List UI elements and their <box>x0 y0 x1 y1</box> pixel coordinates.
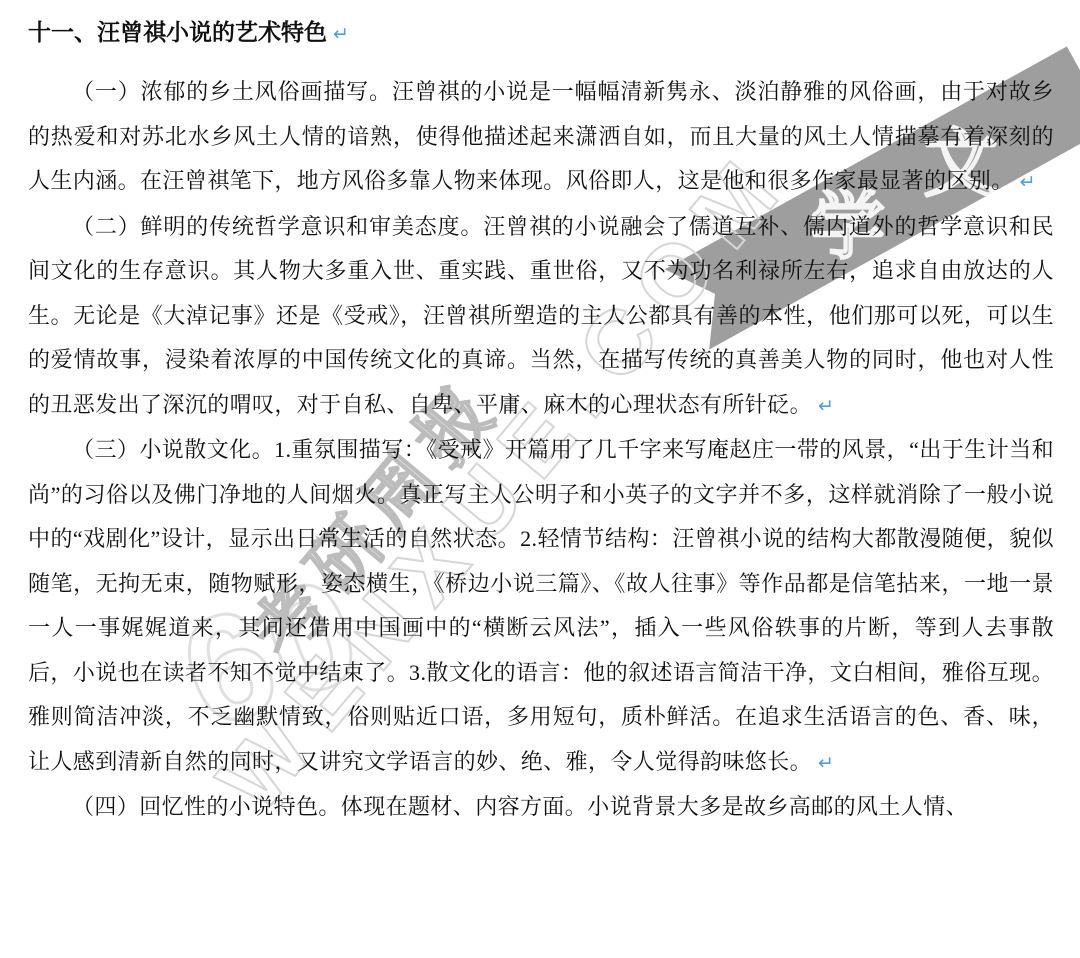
paragraph-mark-icon: ↵ <box>1020 171 1036 193</box>
paragraph-4-text: （四）回忆性的小说特色。体现在题材、内容方面。小说背景大多是故乡高邮的风土人情、 <box>72 794 968 819</box>
document-page: 学 文 60 考研周报 WENXUE.COM 十一、汪曾祺小说的艺术特色↵ （一… <box>0 0 1080 958</box>
paragraph-mark-icon: ↵ <box>333 23 349 45</box>
paragraph-2: （二）鲜明的传统哲学意识和审美态度。汪曾祺的小说融会了儒道互补、儒内道外的哲学意… <box>28 205 1054 429</box>
paragraph-1: （一）浓郁的乡土风俗画描写。汪曾祺的小说是一幅幅清新隽永、淡泊静雅的风俗画，由于… <box>28 70 1054 205</box>
paragraph-4: （四）回忆性的小说特色。体现在题材、内容方面。小说背景大多是故乡高邮的风土人情、 <box>28 785 1054 830</box>
paragraph-3: （三）小说散文化。1.重氛围描写：《受戒》开篇用了几千字来写庵赵庄一带的风景，“… <box>28 428 1054 785</box>
section-heading: 十一、汪曾祺小说的艺术特色↵ <box>28 16 1054 50</box>
paragraph-2-text: （二）鲜明的传统哲学意识和审美态度。汪曾祺的小说融会了儒道互补、儒内道外的哲学意… <box>28 214 1054 417</box>
paragraph-3-text: （三）小说散文化。1.重氛围描写：《受戒》开篇用了几千字来写庵赵庄一带的风景，“… <box>28 437 1054 774</box>
paragraph-1-text: （一）浓郁的乡土风俗画描写。汪曾祺的小说是一幅幅清新隽永、淡泊静雅的风俗画，由于… <box>28 79 1054 193</box>
paragraph-mark-icon: ↵ <box>818 395 834 417</box>
section-heading-text: 十一、汪曾祺小说的艺术特色 <box>28 19 327 45</box>
document-content: 十一、汪曾祺小说的艺术特色↵ （一）浓郁的乡土风俗画描写。汪曾祺的小说是一幅幅清… <box>0 0 1080 830</box>
paragraph-mark-icon: ↵ <box>818 752 834 774</box>
